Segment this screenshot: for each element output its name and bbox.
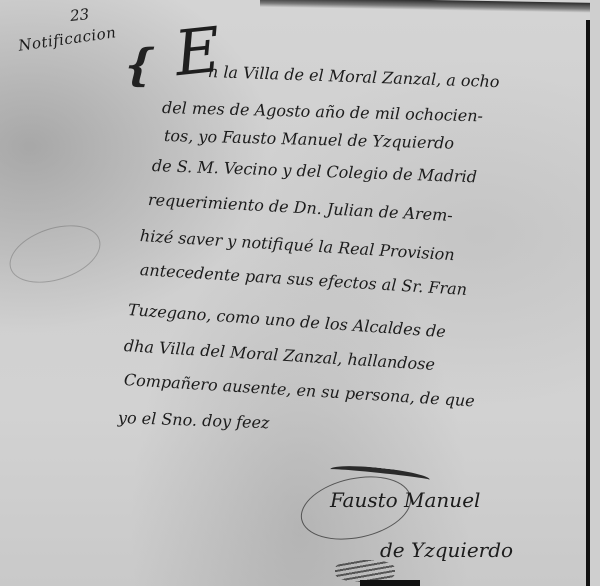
adjacent-page-strip <box>590 0 600 586</box>
text-line: dha Villa del Moral Zanzal, hallandose <box>123 336 435 374</box>
margin-heading: Notificacion <box>17 23 117 55</box>
text-line: del mes de Agosto año de mil ochocien- <box>162 98 483 125</box>
text-line: n la Villa de el Moral Zanzal, a ocho <box>208 62 500 91</box>
text-line: antecedente para sus efectos al Sr. Fran <box>139 260 467 299</box>
text-line: de S. M. Vecino y del Colegio de Madrid <box>152 156 478 186</box>
bottom-ink-mark <box>360 580 420 586</box>
page-top-shadow <box>260 0 600 13</box>
margin-page-number: 23 <box>69 5 90 25</box>
text-line: requerimiento de Dn. Julian de Arem- <box>148 190 454 225</box>
signature-rubric <box>335 560 395 582</box>
text-line: tos, yo Fausto Manuel de Yzquierdo <box>164 126 454 153</box>
signature-line-2: de Yzquierdo <box>380 538 513 562</box>
text-line: Compañero ausente, en su persona, de que <box>123 370 475 410</box>
manuscript-page: 23 Notificacion ❴ E n la Villa de el Mor… <box>0 0 600 586</box>
text-line: hizé saver y notifiqué la Real Provision <box>139 226 455 264</box>
margin-brace-flourish: ❴ <box>118 40 155 91</box>
text-line: yo el Sno. doy feez <box>118 408 270 432</box>
text-line: Tuzegano, como uno de los Alcaldes de <box>127 300 446 341</box>
faint-bleedthrough-mark <box>2 215 107 294</box>
signature-line-1: Fausto Manuel <box>330 488 480 512</box>
